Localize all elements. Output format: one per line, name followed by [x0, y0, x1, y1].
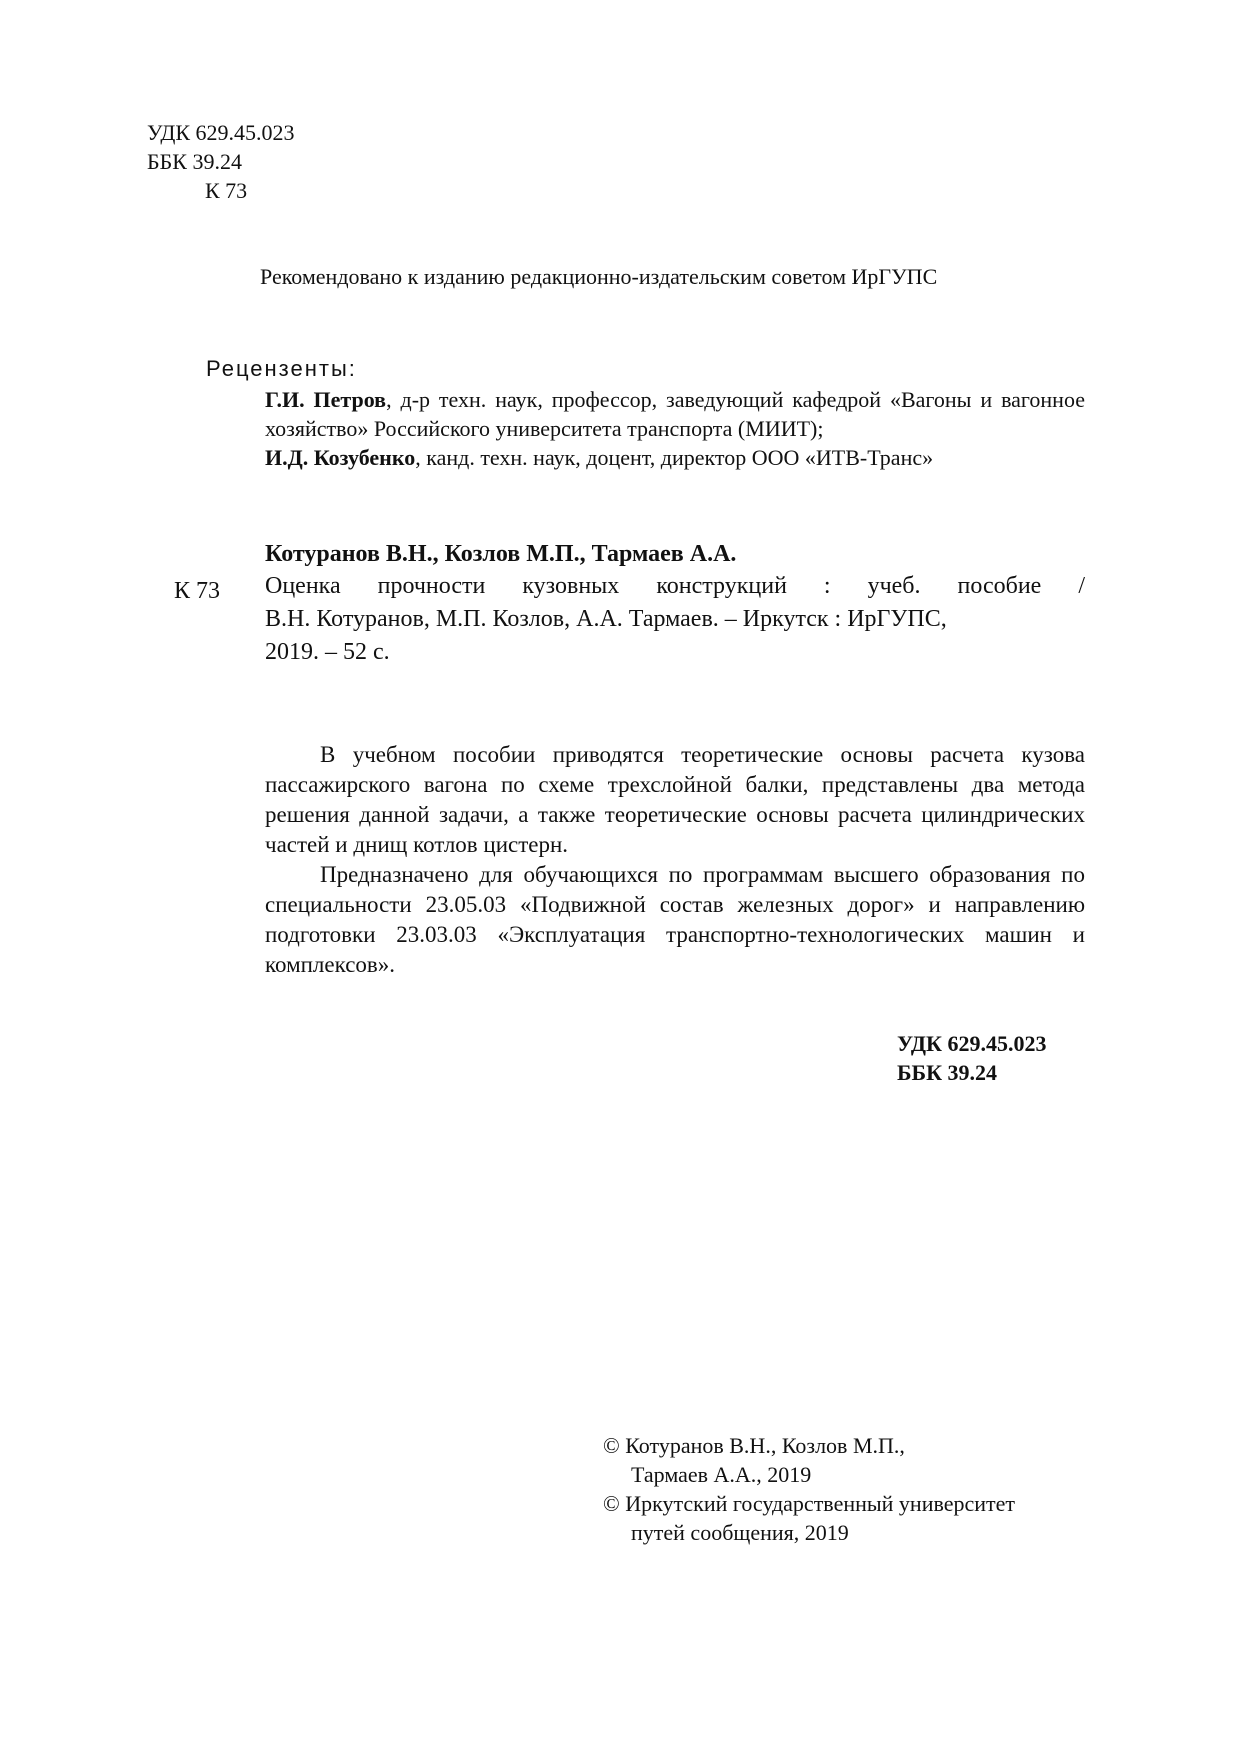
bbk-code: ББК 39.24: [147, 147, 295, 176]
recommendation-note: Рекомендовано к изданию редакционно-изда…: [260, 264, 937, 290]
authors-heading: Котуранов В.Н., Козлов М.П., Тармаев А.А…: [265, 541, 736, 568]
copyright-university-cont: путей сообщения, 2019: [603, 1518, 1015, 1547]
annotation: В учебном пособии приводятся теоретическ…: [265, 740, 1085, 980]
reviewers-label: Рецензенты:: [206, 356, 357, 382]
annotation-paragraph: В учебном пособии приводятся теоретическ…: [265, 740, 1085, 860]
copyright-authors-cont: Тармаев А.А., 2019: [603, 1460, 1015, 1489]
reviewer-item: И.Д. Козубенко, канд. техн. наук, доцент…: [265, 443, 1085, 472]
top-classification-codes: УДК 629.45.023 ББК 39.24 К 73: [147, 118, 295, 205]
reviewers-list: Г.И. Петров, д-р техн. наук, профессор, …: [265, 385, 1085, 472]
udk-code: УДК 629.45.023: [147, 118, 295, 147]
bibliographic-description: Оценка прочности кузовных конструкций : …: [265, 570, 1085, 669]
bottom-classification-codes: УДК 629.45.023 ББК 39.24: [897, 1029, 1047, 1087]
author-mark: К 73: [147, 176, 295, 205]
copyright-university: © Иркутский государственный университет: [603, 1489, 1015, 1518]
bibliographic-year-pages: 2019. – 52 с.: [265, 636, 1085, 669]
reviewer-name: И.Д. Козубенко: [265, 445, 415, 470]
bibliographic-author-mark: К 73: [174, 578, 220, 605]
reviewer-name: Г.И. Петров: [265, 387, 386, 412]
udk-code: УДК 629.45.023: [897, 1029, 1047, 1058]
bibliographic-title-line: Оценка прочности кузовных конструкций : …: [265, 570, 1085, 603]
reviewer-details: , канд. техн. наук, доцент, директор ООО…: [415, 445, 933, 470]
copyright-authors: © Котуранов В.Н., Козлов М.П.,: [603, 1431, 1015, 1460]
bibliographic-authors-line: В.Н. Котуранов, М.П. Козлов, А.А. Тармае…: [265, 603, 1085, 636]
copyright-block: © Котуранов В.Н., Козлов М.П., Тармаев А…: [603, 1431, 1015, 1547]
bbk-code: ББК 39.24: [897, 1058, 1047, 1087]
reviewer-details: , д-р техн. наук, профессор, заведующий …: [265, 387, 1085, 441]
reviewer-item: Г.И. Петров, д-р техн. наук, профессор, …: [265, 385, 1085, 443]
annotation-paragraph: Предназначено для обучающихся по програм…: [265, 860, 1085, 980]
